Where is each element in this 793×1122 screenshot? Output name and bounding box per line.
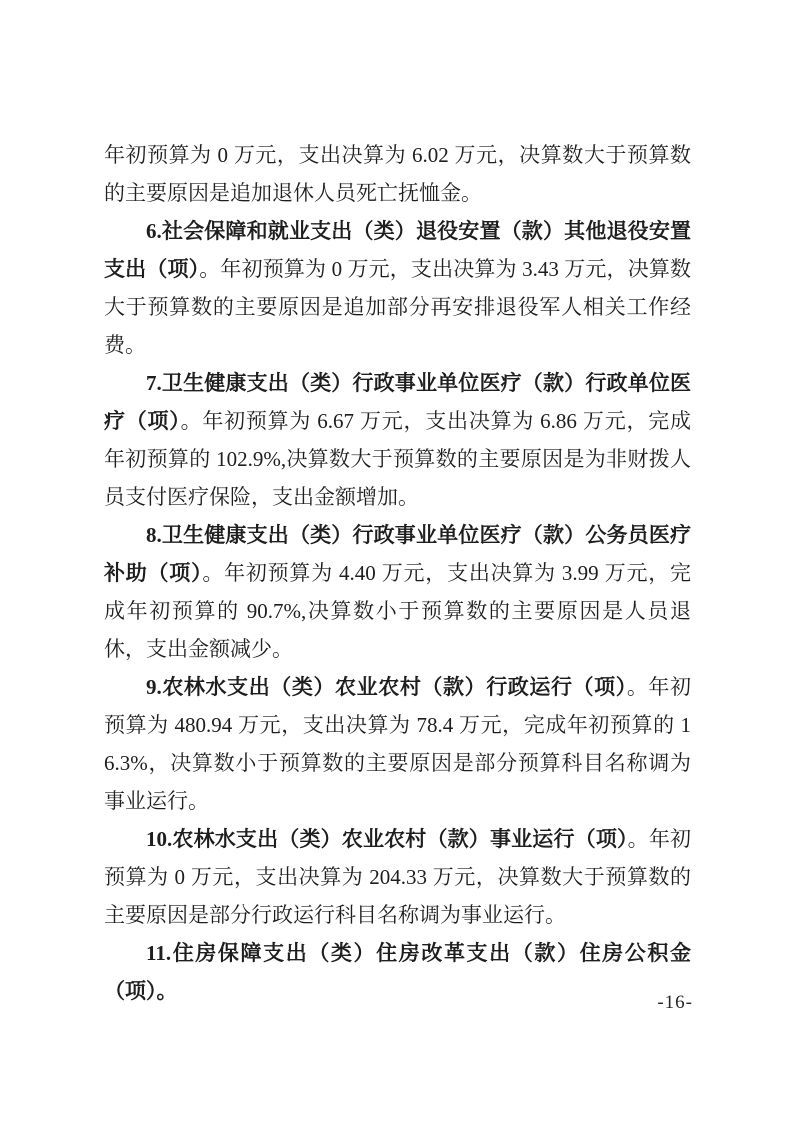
paragraph-body-segment: 。年初预算为 6.67 万元，支出决算为 6.86 万元，完成年初预算的 102… (104, 409, 691, 509)
paragraph-heading-segment: 9.农林水支出（类）农业农村（款）行政运行（项） (146, 675, 627, 699)
para-item-6: 6.社会保障和就业支出（类）退役安置（款）其他退役安置支出（项）。年初预算为 0… (104, 212, 691, 364)
para-item-8: 8.卫生健康支出（类）行政事业单位医疗（款）公务员医疗补助（项）。年初预算为 4… (104, 516, 691, 668)
para-item-9: 9.农林水支出（类）农业农村（款）行政运行（项）。年初预算为 480.94 万元… (104, 668, 691, 820)
para-item-11: 11.住房保障支出（类）住房改革支出（款）住房公积金（项）。 (104, 934, 691, 1010)
para-continuation: 年初预算为 0 万元，支出决算为 6.02 万元，决算数大于预算数的主要原因是追… (104, 136, 691, 212)
page-number: -16- (657, 992, 693, 1014)
paragraph-heading-segment: 10.农林水支出（类）农业农村（款）事业运行（项） (146, 827, 628, 851)
para-item-7: 7.卫生健康支出（类）行政事业单位医疗（款）行政单位医疗（项）。年初预算为 6.… (104, 364, 691, 516)
paragraph-heading-segment: 11.住房保障支出（类）住房改革支出（款）住房公积金（项）。 (104, 941, 691, 1003)
para-item-10: 10.农林水支出（类）农业农村（款）事业运行（项）。年初预算为 0 万元，支出决… (104, 820, 691, 934)
document-page: 年初预算为 0 万元，支出决算为 6.02 万元，决算数大于预算数的主要原因是追… (0, 0, 793, 1122)
document-body: 年初预算为 0 万元，支出决算为 6.02 万元，决算数大于预算数的主要原因是追… (104, 136, 691, 1010)
paragraph-body-segment: 年初预算为 0 万元，支出决算为 6.02 万元，决算数大于预算数的主要原因是追… (104, 143, 691, 205)
